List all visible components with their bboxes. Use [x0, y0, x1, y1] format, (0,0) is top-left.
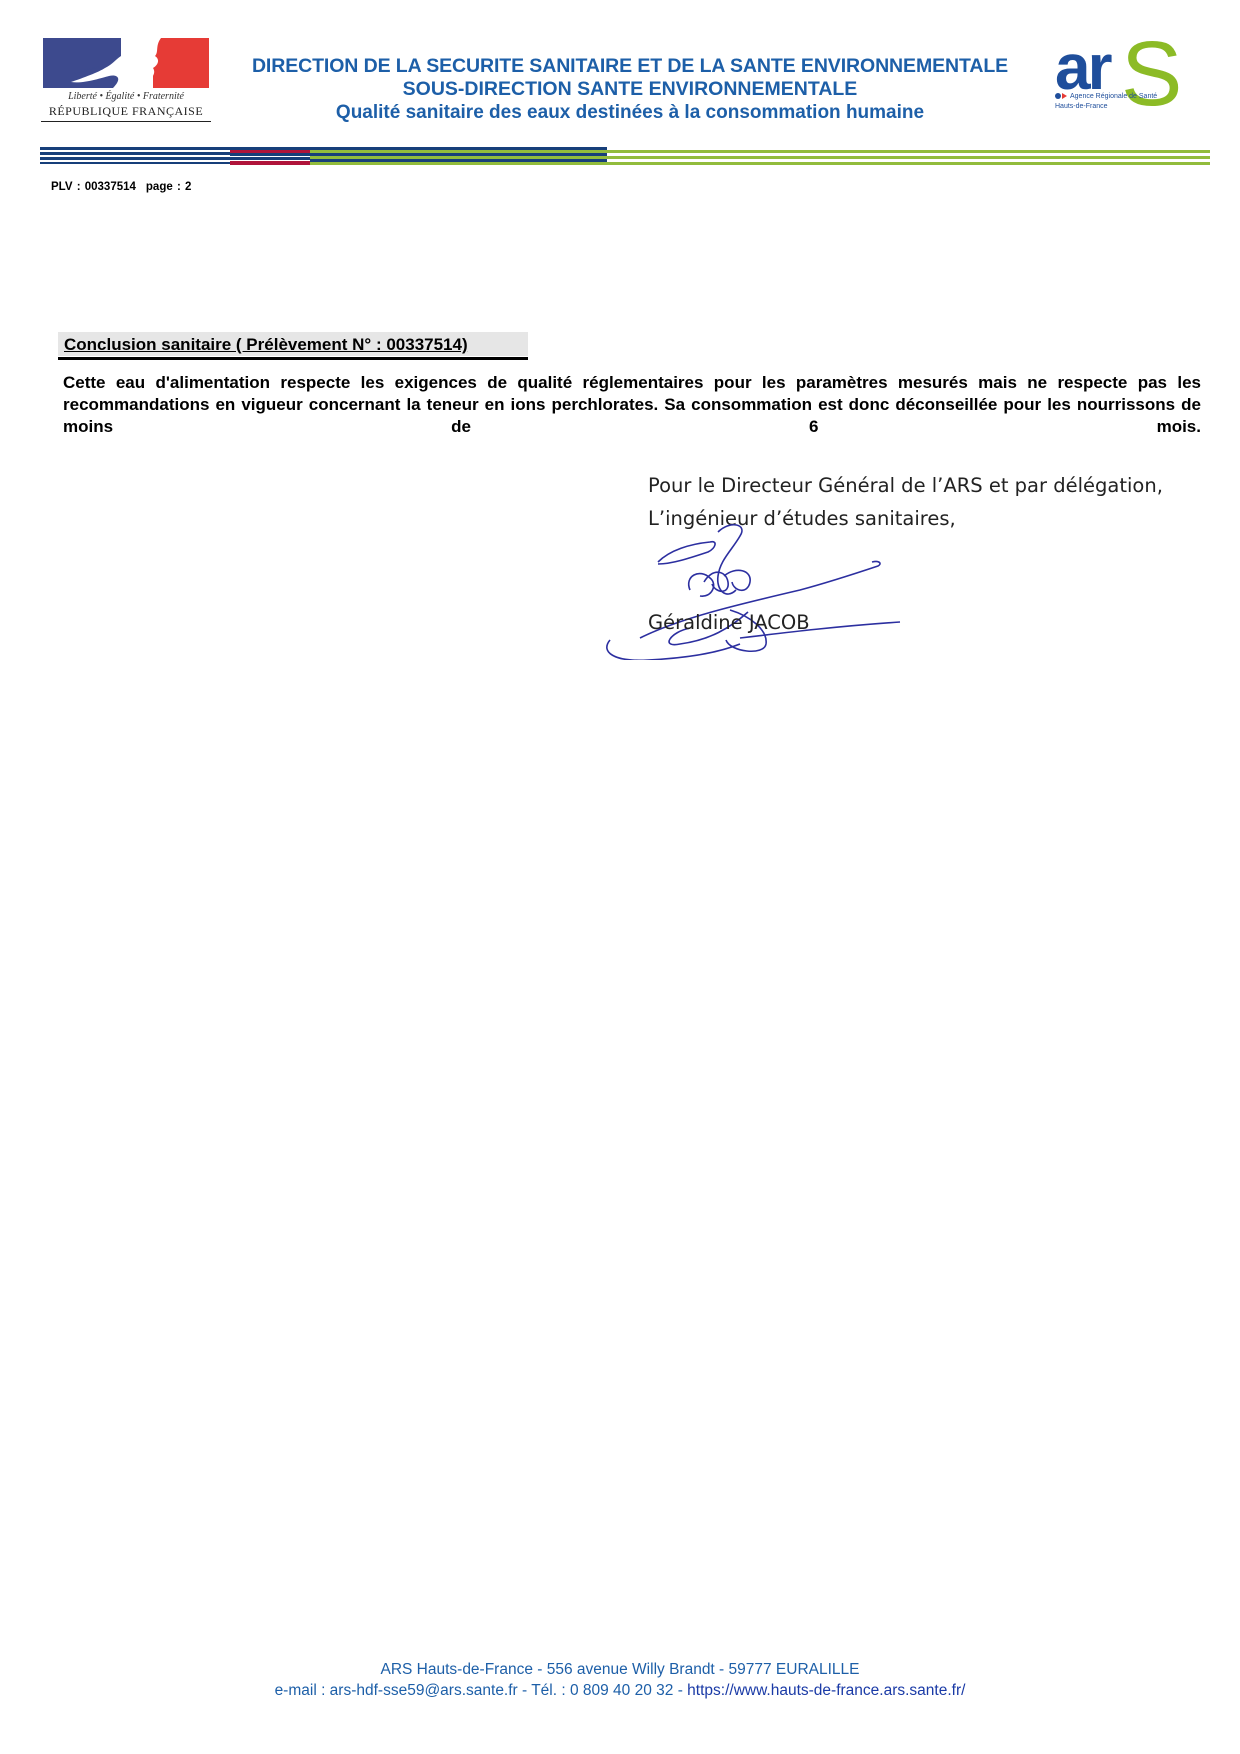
- page-number: page : 2: [146, 181, 191, 193]
- stripe-segment-red: [230, 147, 310, 165]
- stripe-segment-navy: [40, 147, 230, 165]
- conclusion-body: Cette eau d'alimentation respecte les ex…: [63, 372, 1201, 438]
- stripe-segment-navy-green: [310, 147, 607, 165]
- arrow-icon: [1062, 93, 1067, 99]
- footer-contact: e-mail : ars-hdf-sse59@ars.sante.fr - Té…: [275, 1682, 688, 1699]
- signatory-name: Géraldine JACOB: [648, 611, 810, 634]
- handwritten-signature-icon: [600, 520, 920, 660]
- ars-agency: Agence Régionale de Santé Hauts-de-Franc…: [1055, 92, 1157, 112]
- footer-website-link[interactable]: https://www.hauts-de-france.ars.sante.fr…: [687, 1682, 965, 1699]
- conclusion-heading: Conclusion sanitaire ( Prélèvement N° : …: [58, 332, 528, 356]
- footer-address: ARS Hauts-de-France - 556 avenue Willy B…: [0, 1659, 1240, 1680]
- ars-logo: ar S Agence Régionale de Santé Hauts-de-…: [1055, 44, 1185, 124]
- ars-agency-name: Agence Régionale de Santé: [1070, 93, 1157, 100]
- marianne-flag-icon: [43, 38, 209, 88]
- heading-rule: [58, 357, 528, 360]
- document-header: DIRECTION DE LA SECURITE SANITAIRE ET DE…: [215, 55, 1045, 124]
- header-subject: Qualité sanitaire des eaux destinées à l…: [215, 101, 1045, 124]
- republique-francaise-logo: Liberté • Égalité • Fraternité RÉPUBLIQU…: [41, 38, 211, 126]
- signature-delegation: Pour le Directeur Général de l’ARS et pa…: [648, 469, 1163, 502]
- motto: Liberté • Égalité • Fraternité: [41, 91, 211, 102]
- stripe-segment-green: [607, 147, 1210, 165]
- header-direction: DIRECTION DE LA SECURITE SANITAIRE ET DE…: [215, 55, 1045, 78]
- page-footer: ARS Hauts-de-France - 556 avenue Willy B…: [0, 1659, 1240, 1701]
- conclusion-title: Conclusion sanitaire ( Prélèvement N° : …: [64, 335, 468, 355]
- republique-francaise: RÉPUBLIQUE FRANÇAISE: [41, 104, 211, 122]
- header-sous-direction: SOUS-DIRECTION SANTE ENVIRONNEMENTALE: [215, 78, 1045, 101]
- footer-contact-line: e-mail : ars-hdf-sse59@ars.sante.fr - Té…: [0, 1680, 1240, 1701]
- sample-reference: PLV : 00337514page : 2: [51, 181, 191, 193]
- marianne-profile-icon: [43, 38, 209, 88]
- plv-number: PLV : 00337514: [51, 181, 136, 193]
- dot-icon: [1055, 93, 1061, 99]
- ars-region: Hauts-de-France: [1055, 103, 1108, 110]
